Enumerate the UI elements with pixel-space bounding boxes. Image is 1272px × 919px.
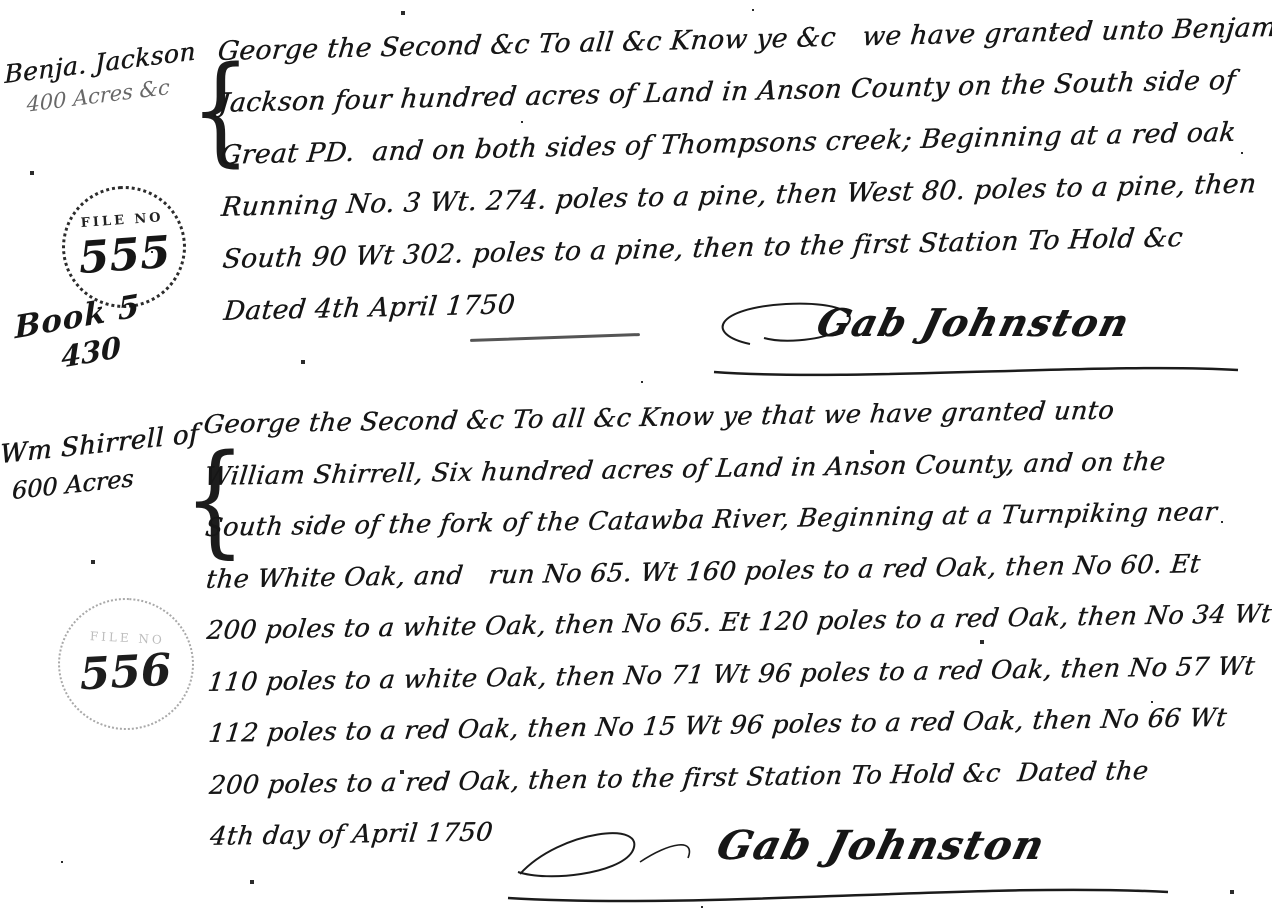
file-number-stamp-2: FILE NO 556 [55, 595, 198, 734]
margin-note-grantee-2: Wm Shirrell of 600 Acres [0, 419, 199, 506]
margin-note-grantee-1: Benja. Jackson 400 Acres &c [4, 36, 196, 119]
stamp-label: FILE NO [90, 629, 166, 647]
governor-signature-2: Gab Johnston [500, 808, 1200, 916]
grant-body-text-1: George the Second &c To all &c Know ye &… [214, 1, 1272, 338]
signature-name: Gab Johnston [812, 300, 1135, 345]
date-flourish-line [470, 333, 640, 342]
stamp-number: 555 [77, 227, 172, 284]
book-page-reference: Book 5 430 [14, 288, 142, 383]
governor-signature-1: Gab Johnston [690, 292, 1250, 392]
signature-name: Gab Johnston [712, 822, 1050, 869]
scan-noise-speckles [0, 0, 2, 2]
stamp-number: 556 [78, 644, 172, 700]
scanned-record-page: Benja. Jackson 400 Acres &c { FILE NO 55… [0, 0, 1272, 919]
grant-body-text-2: George the Second &c To all &c Know ye t… [200, 383, 1272, 863]
